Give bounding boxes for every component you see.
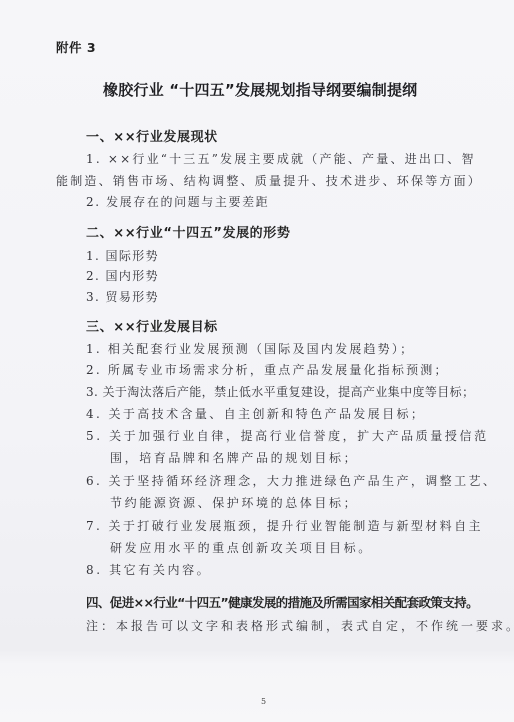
section-3-item-5-line-1: 5. 关于加强行业自律，提高行业信誉度，扩大产品质量授信范 — [86, 428, 489, 444]
section-2-item-1: 1. 国际形势 — [86, 248, 159, 264]
section-2-heading: 二、××行业“十四五”发展的形势 — [86, 226, 290, 242]
section-3-item-6-line-2: 节约能源资源、保护环境的总体目标； — [110, 495, 358, 511]
section-3-item-6-line-1: 6. 关于坚持循环经济理念，大力推进绿色产品生产，调整工艺、 — [86, 473, 497, 489]
section-3-item-1: 1. 相关配套行业发展预测（国际及国内发展趋势）； — [86, 341, 414, 357]
section-1-item-1-line-2: 能制造、销售市场、结构调整、质量提升、技术进步、环保等方面） — [56, 173, 482, 189]
page-number: 5 — [261, 694, 266, 710]
section-3-item-4: 4. 关于高技术含量、自主创新和特色产品发展目标； — [86, 406, 425, 422]
section-1-item-1-line-1: 1. ××行业“十三五”发展主要成就（产能、产量、进出口、智 — [86, 151, 476, 167]
section-3-item-7-line-1: 7. 关于打破行业发展瓶颈，提升行业智能制造与新型材料自主 — [86, 518, 483, 534]
section-1-heading: 一、××行业发展现状 — [86, 130, 218, 146]
document-title: 橡胶行业 “十四五”发展规划指导纲要编制提纲 — [103, 82, 417, 98]
section-3-heading: 三、××行业发展目标 — [86, 320, 218, 336]
section-3-item-2: 2. 所属专业市场需求分析，重点产品发展量化指标预测； — [86, 362, 449, 378]
section-3-item-7-line-2: 研发应用水平的重点创新攻关项目目标。 — [110, 540, 373, 556]
section-4-heading: 四、促进××行业“十四五”健康发展的措施及所需国家相关配套政策支持。 — [86, 595, 478, 611]
section-1-item-2: 2. 发展存在的问题与主要差距 — [86, 194, 269, 210]
section-3-item-3: 3. 关于淘汰落后产能，禁止低水平重复建设，提高产业集中度等目标； — [86, 384, 474, 400]
section-2-item-3: 3. 贸易形势 — [86, 289, 159, 305]
document-page: 附件 3 橡胶行业 “十四五”发展规划指导纲要编制提纲 一、××行业发展现状 1… — [0, 0, 514, 722]
section-3-item-5-line-2: 围，培育品牌和名牌产品的规划目标； — [110, 450, 358, 466]
section-2-item-2: 2. 国内形势 — [86, 268, 159, 284]
attachment-label: 附件 3 — [56, 40, 96, 56]
section-3-item-8: 8. 其它有关内容。 — [86, 562, 211, 578]
note: 注：本报告可以文字和表格形式编制，表式自定，不作统一要求。 — [86, 618, 514, 634]
